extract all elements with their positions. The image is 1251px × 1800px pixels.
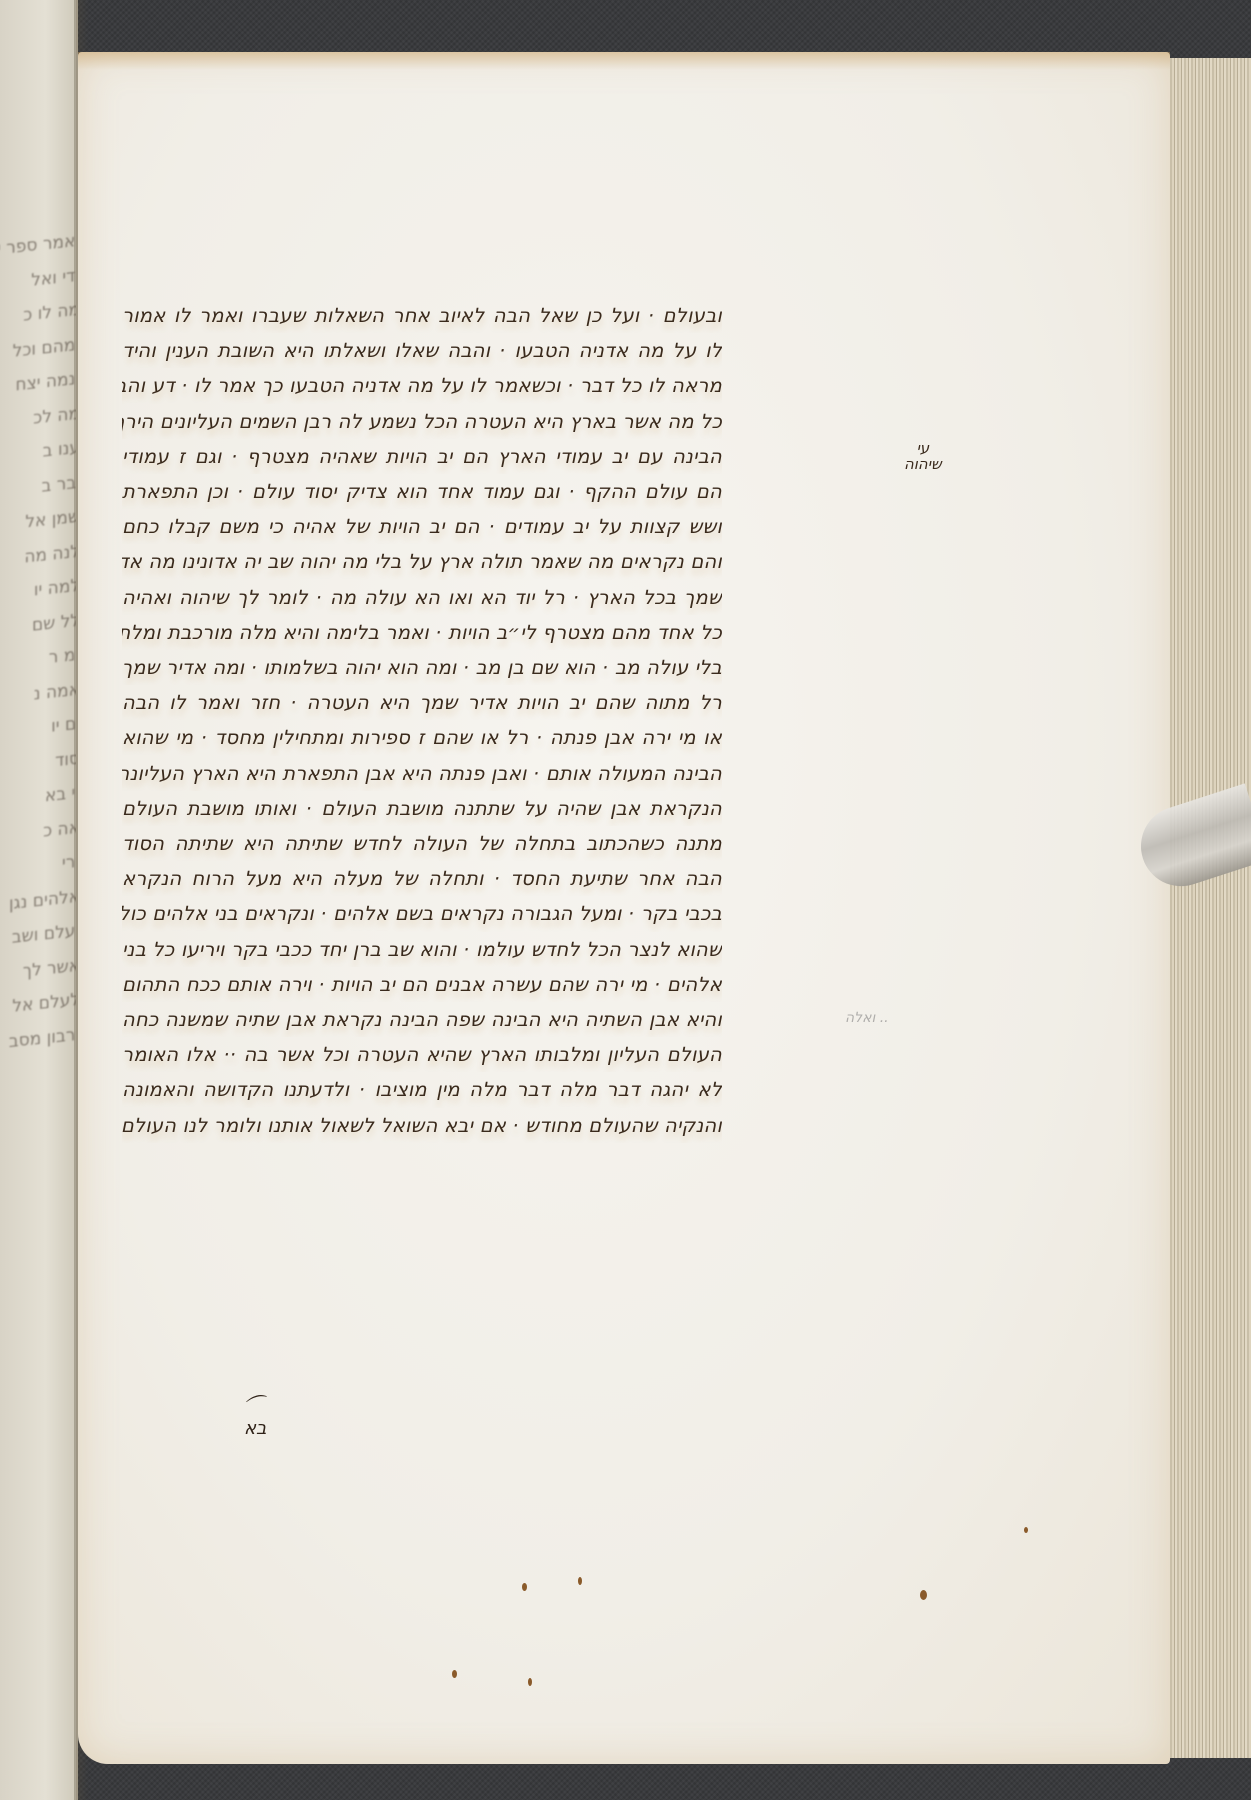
main-text-block: ובעולם · ועל כן שאל הבה לאיוב אחר השאלות… bbox=[122, 298, 722, 1143]
text-line: כל מה אשר בארץ היא העטרה הכל נשמע לה רבן… bbox=[122, 404, 722, 439]
text-line: בכבי בקר · ומעל הגבורה נקראים בשם אלהים … bbox=[122, 896, 722, 931]
ink-spot bbox=[522, 1583, 527, 1591]
text-line: והם נקראים מה שאמר תולה ארץ על בלי מה יה… bbox=[122, 544, 722, 579]
marginal-note: עי שיהוה bbox=[904, 440, 942, 472]
text-line: שמך בכל הארץ · רל יוד הא ואו הא עולה מה … bbox=[122, 580, 722, 615]
text-line: מתנה כשהכתוב בתחלה של העולה לחדש שתיתה ה… bbox=[122, 826, 722, 861]
text-line: בלי עולה מב · הוא שם בן מב · ומה הוא יהו… bbox=[122, 650, 722, 685]
text-line: והיא אבן השתיה היא הבינה שפה הבינה נקראת… bbox=[122, 1002, 722, 1037]
ink-spot bbox=[578, 1577, 582, 1585]
text-line: שהוא לנצר הכל לחדש עולמו · והוא שב ברן י… bbox=[122, 932, 722, 967]
left-page-text: ואמר ספר יו ודי ואל מה לו כ ומהם וכל ונמ… bbox=[0, 224, 78, 1065]
text-line: והנקיה שהעולם מחודש · אם יבא השואל לשאול… bbox=[122, 1108, 722, 1143]
text-line: או מי ירה אבן פנתה · רל או שהם ז ספירות … bbox=[122, 720, 722, 755]
text-line: ובעולם · ועל כן שאל הבה לאיוב אחר השאלות… bbox=[122, 298, 722, 333]
ink-spot bbox=[528, 1678, 532, 1686]
left-page-line: ורבון מסב bbox=[0, 1017, 78, 1064]
text-line: אלהים · מי ירה שהם עשרה אבנים הם יב הויו… bbox=[122, 967, 722, 1002]
ink-spot bbox=[920, 1590, 927, 1600]
text-line: הנקראת אבן שהיה על שתתנה מושבת העולם · ו… bbox=[122, 791, 722, 826]
text-line: לו על מה אדניה הטבעו · והבה שאלו ושאלתו … bbox=[122, 333, 722, 368]
marginal-note-line: עי bbox=[904, 440, 942, 456]
text-line: הבינה המעולה אותם · ואבן פנתה היא אבן הת… bbox=[122, 756, 722, 791]
text-line: לא יהגה דבר מלה דבר מלה מין מוציבו · ולד… bbox=[122, 1072, 722, 1107]
text-line: הבה אחר שתיעת החסד · ותחלה של מעלה היא מ… bbox=[122, 861, 722, 896]
text-line: כל אחד מהם מצטרף לי״ב הויות · ואמר בלימה… bbox=[122, 615, 722, 650]
text-line: הם עולם ההקף · וגם עמוד אחד הוא צדיק יסו… bbox=[122, 474, 722, 509]
ink-spot bbox=[1024, 1527, 1028, 1533]
faint-marginal-note: ואלה .. bbox=[845, 1010, 889, 1026]
text-line: ושש קצוות על יב עמודים · הם יב הויות של … bbox=[122, 509, 722, 544]
text-line: רל מתוה שהם יב הויות אדיר שמך היא העטרה … bbox=[122, 685, 722, 720]
page-fore-edge-stack bbox=[1168, 58, 1251, 1758]
catchword: ⌒ בא bbox=[244, 1400, 266, 1439]
facing-left-page: ואמר ספר יו ודי ואל מה לו כ ומהם וכל ונמ… bbox=[0, 0, 78, 1800]
text-line: מראה לו כל דבר · וכשאמר לו על מה אדניה ה… bbox=[122, 368, 722, 403]
text-line: העולם העליון ומלבותו הארץ שהיא העטרה וכל… bbox=[122, 1037, 722, 1072]
text-line: הבינה עם יב עמודי הארץ הם יב הויות שאהיה… bbox=[122, 439, 722, 474]
marginal-note-line: שיהוה bbox=[904, 456, 942, 472]
ink-spot bbox=[452, 1670, 457, 1678]
catchword-swash: ⌒ bbox=[242, 1397, 268, 1420]
foxing-stain bbox=[78, 52, 1170, 70]
